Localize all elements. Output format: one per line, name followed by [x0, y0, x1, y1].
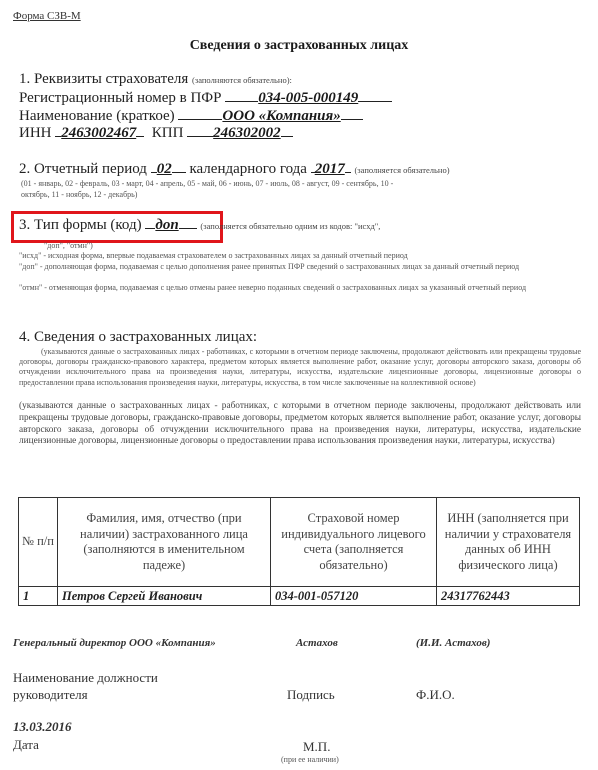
section1-heading-text: 1. Реквизиты страхователя — [19, 71, 188, 87]
form-type-note-continued: "доп", "отмн") — [44, 240, 93, 251]
section2-note: (заполняется обязательно) — [354, 165, 449, 175]
section4-heading: 4. Сведения о застрахованных лицах: — [19, 329, 257, 346]
signature-value: Астахов — [296, 637, 338, 649]
reg-number-value: 034-005-000149 — [258, 90, 358, 106]
fio-value: (И.И. Астахов) — [416, 637, 490, 649]
report-period-label: 2. Отчетный период — [19, 161, 147, 177]
form-code-dop: "доп" - дополняющая форма, подаваемая с … — [19, 262, 581, 272]
date-label: Дата — [13, 737, 39, 753]
section1-note: (заполняются обязательно): — [192, 75, 292, 85]
reg-number-row: Регистрационный номер в ПФР 034-005-0001… — [19, 89, 392, 107]
form-type-label: 3. Тип формы (код) — [19, 217, 142, 233]
form-type-row: 3. Тип формы (код) доп (заполняется обяз… — [19, 216, 380, 234]
section4-note-small: (указываются данные о застрахованных лиц… — [19, 347, 581, 388]
calendar-year-label: календарного года — [189, 161, 307, 177]
position-label-line2: руководителя — [13, 687, 88, 703]
form-code-isxd: "исхд" - исходная форма, впервые подавае… — [19, 251, 581, 261]
report-period-value: 02 — [157, 161, 172, 177]
cell-fio: Петров Сергей Иванович — [58, 587, 271, 606]
table-row: 1 Петров Сергей Иванович 034-001-057120 … — [19, 587, 580, 606]
report-period-row: 2. Отчетный период 02 календарного года … — [19, 160, 450, 178]
date-value: 13.03.2016 — [13, 719, 72, 735]
section4-note-large: (указываются данные о застрахованных лиц… — [19, 401, 581, 448]
document-title: Сведения о застрахованных лицах — [0, 38, 598, 54]
inn-label: ИНН — [19, 125, 52, 141]
fio-label: Ф.И.О. — [416, 687, 455, 703]
cell-snils: 034-001-057120 — [271, 587, 437, 606]
table-header-row: № п/п Фамилия, имя, отчество (при наличи… — [19, 498, 580, 587]
calendar-year-value: 2017 — [315, 161, 345, 177]
company-name-label: Наименование (краткое) — [19, 108, 175, 124]
months-legend-line2: октябрь, 11 - ноябрь, 12 - декабрь) — [21, 189, 137, 200]
stamp-note: (при ее наличии) — [281, 755, 339, 764]
column-header-fio: Фамилия, имя, отчество (при наличии) зас… — [58, 498, 271, 587]
form-code-otmn: "отмн" - отменяющая форма, подаваемая с … — [19, 283, 581, 293]
insured-persons-table: № п/п Фамилия, имя, отчество (при наличи… — [18, 497, 580, 606]
signature-label: Подпись — [287, 687, 335, 703]
months-legend-line1: (01 - январь, 02 - февраль, 03 - март, 0… — [21, 178, 393, 189]
column-header-inn: ИНН (заполняется при наличии у страховат… — [437, 498, 580, 587]
form-label: Форма СЗВ-М — [13, 10, 81, 22]
company-name-row: Наименование (краткое) ООО «Компания» — [19, 107, 363, 125]
company-name-value: ООО «Компания» — [222, 108, 340, 124]
kpp-label: КПП — [152, 125, 184, 141]
section1-heading: 1. Реквизиты страхователя (заполняются о… — [19, 71, 292, 88]
column-header-snils: Страховой номер индивидуального лицевого… — [271, 498, 437, 587]
position-label-line1: Наименование должности — [13, 670, 158, 686]
position-value: Генеральный директор ООО «Компания» — [13, 637, 216, 649]
kpp-value: 246302002 — [213, 125, 281, 141]
inn-kpp-row: ИНН 2463002467 КПП 246302002 — [19, 124, 293, 142]
inn-value: 2463002467 — [61, 125, 136, 141]
form-type-value: доп — [155, 217, 178, 233]
column-header-number: № п/п — [19, 498, 58, 587]
form-type-note: (заполняется обязательно одним из кодов:… — [200, 221, 380, 231]
cell-number: 1 — [19, 587, 58, 606]
cell-inn: 24317762443 — [437, 587, 580, 606]
stamp-label: М.П. — [303, 739, 330, 755]
reg-number-label: Регистрационный номер в ПФР — [19, 90, 222, 106]
